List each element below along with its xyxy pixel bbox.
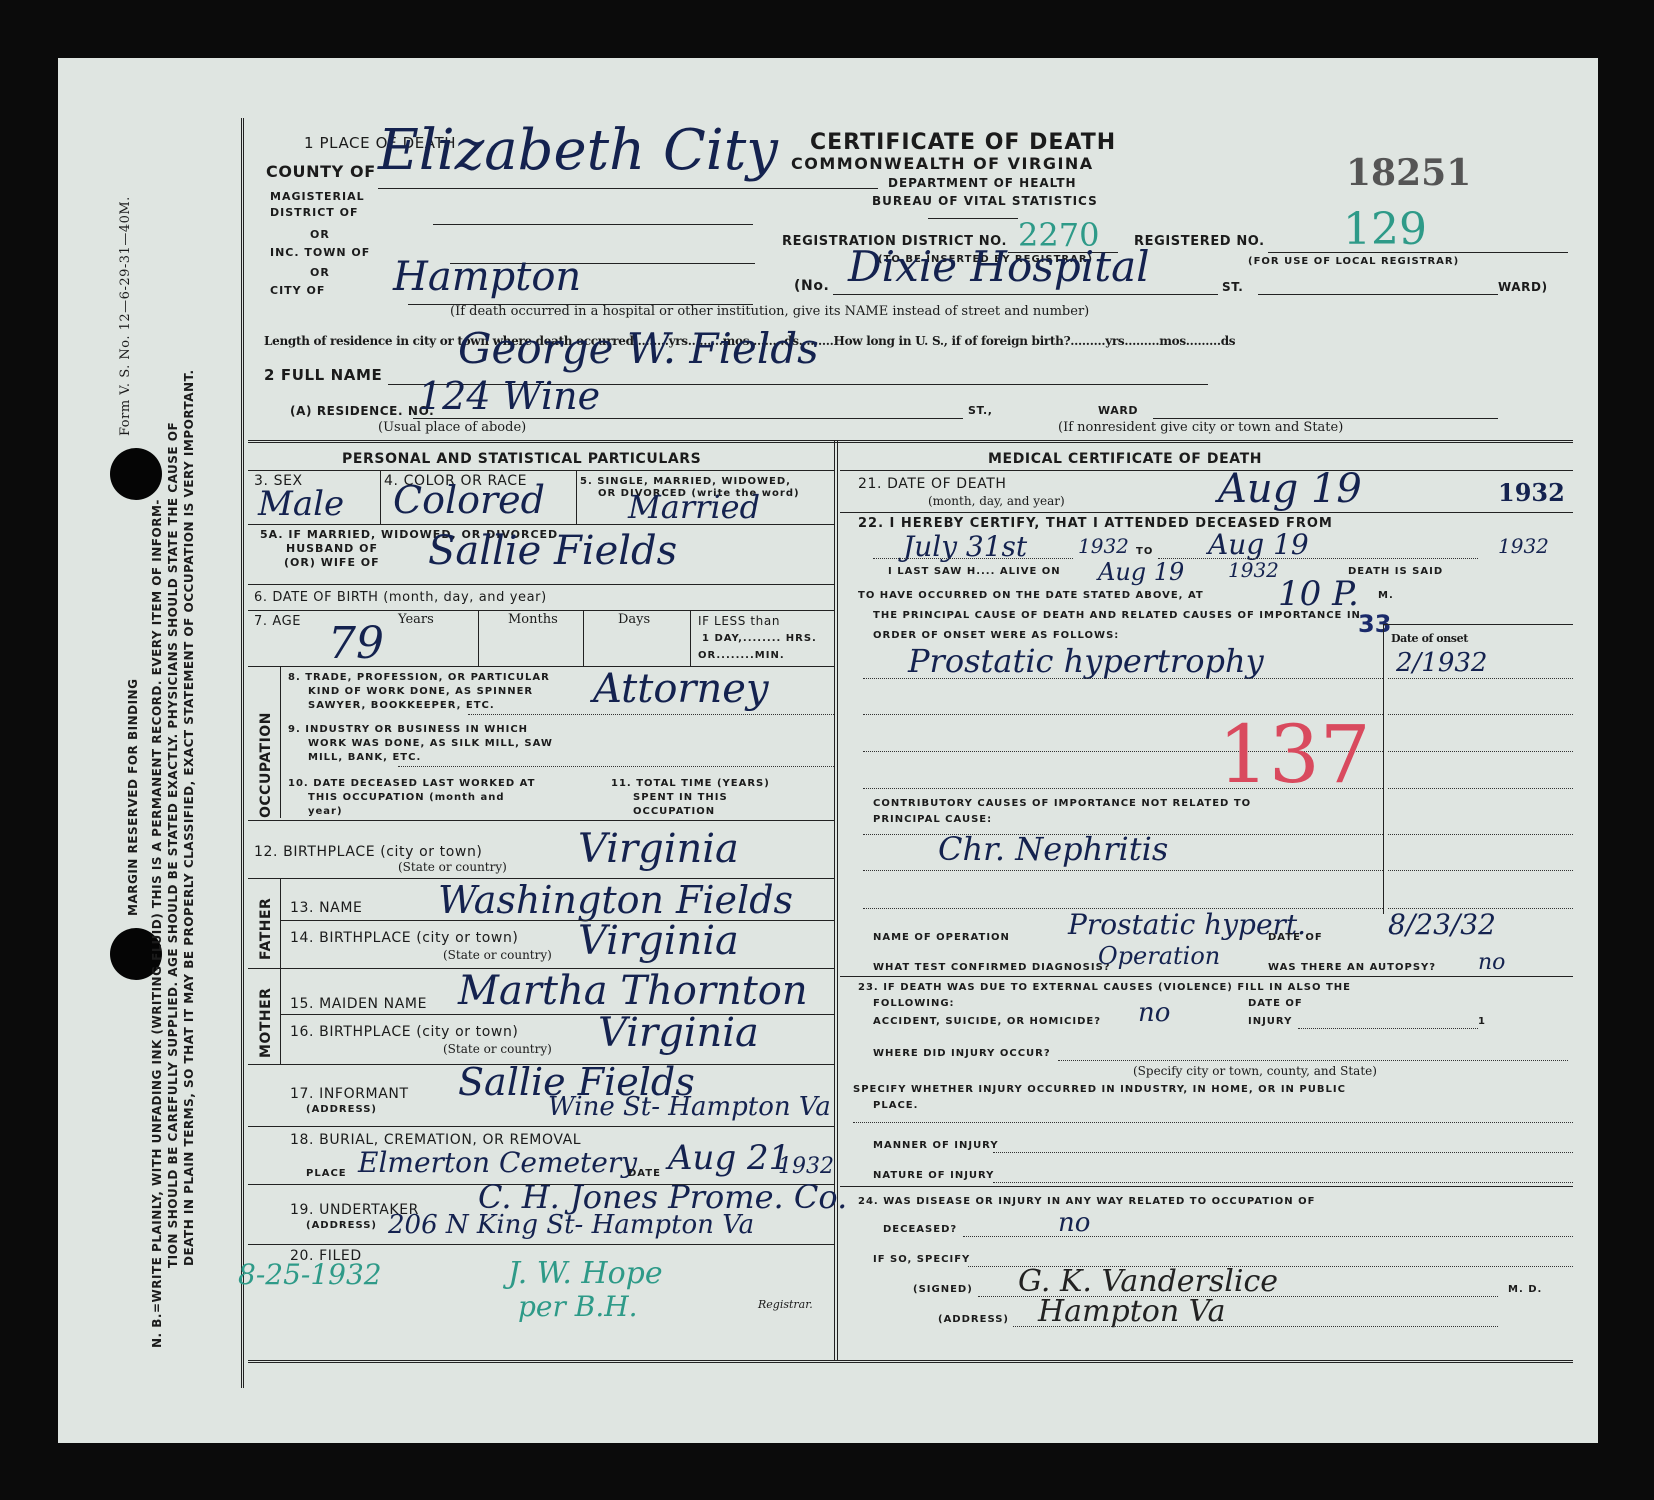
- occupation-related-label: 24. WAS DISEASE OR INJURY IN ANY WAY REL…: [858, 1196, 1316, 1207]
- md-label: M. D.: [1508, 1284, 1542, 1295]
- external-label-2: FOLLOWING:: [873, 998, 955, 1009]
- personal-heading: PERSONAL AND STATISTICAL PARTICULARS: [342, 451, 701, 467]
- specify-label-2: PLACE.: [873, 1100, 918, 1111]
- onset-label: Date of onset: [1391, 632, 1468, 645]
- less-than-label: IF LESS than: [698, 614, 780, 628]
- form-bottom-rule: [248, 1360, 1573, 1363]
- principal-label-2: ORDER OF ONSET WERE AS FOLLOWS:: [873, 630, 1119, 641]
- ward-line: [1258, 294, 1498, 295]
- informant-address-value[interactable]: Wine St- Hampton Va: [548, 1092, 831, 1122]
- deceased-value[interactable]: no: [1058, 1208, 1090, 1238]
- lastworked-label-1: 10. DATE DECEASED LAST WORKED AT: [288, 778, 535, 789]
- father-state-note: (State or country): [443, 948, 552, 962]
- header-rule: [928, 218, 1018, 219]
- if-so-label: IF SO, SPECIFY: [873, 1254, 970, 1265]
- magisterial-label: MAGISTERIAL: [270, 190, 365, 203]
- registered-label: REGISTERED NO.: [1134, 234, 1265, 249]
- occurred-label: TO HAVE OCCURRED ON THE DATE STATED ABOV…: [858, 590, 1204, 601]
- onset-value[interactable]: 2/1932: [1396, 648, 1487, 678]
- or-label-2: OR: [310, 266, 330, 279]
- county-label: COUNTY OF: [266, 162, 376, 181]
- certificate-title: CERTIFICATE OF DEATH: [810, 130, 1116, 155]
- where-note: (Specify city or town, county, and State…: [1133, 1064, 1377, 1078]
- last-saw-label: I LAST SAW H.... ALIVE ON: [888, 566, 1061, 577]
- physician-address-label: (ADDRESS): [938, 1314, 1009, 1325]
- last-saw-year[interactable]: 1932: [1228, 558, 1279, 582]
- trade-label-3: SAWYER, BOOKKEEPER, ETC.: [308, 700, 495, 711]
- principal-label-1: THE PRINCIPAL CAUSE OF DEATH AND RELATED…: [873, 610, 1361, 621]
- undertaker-address-value[interactable]: 206 N King St- Hampton Va: [388, 1210, 754, 1240]
- accident-value[interactable]: no: [1138, 998, 1170, 1028]
- registrar-label: Registrar.: [758, 1298, 813, 1311]
- burial-place-label: PLACE: [306, 1168, 347, 1179]
- department-label: DEPARTMENT OF HEALTH: [888, 176, 1077, 190]
- nature-label: NATURE OF INJURY: [873, 1170, 994, 1181]
- days-label: Days: [618, 612, 650, 627]
- residence-ward-label: WARD: [1098, 404, 1138, 417]
- residence-line: [413, 418, 963, 419]
- years-label: Years: [398, 612, 434, 627]
- margin-instructions-1: N. B.=WRITE PLAINLY, WITH UNFADING INK (…: [150, 499, 164, 1348]
- one-day-label: 1 DAY,........ HRS.: [702, 633, 817, 644]
- specify-label-1: SPECIFY WHETHER INJURY OCCURRED IN INDUS…: [853, 1084, 1346, 1095]
- injury-date-label: DATE OF: [1248, 998, 1303, 1009]
- attended-to-year[interactable]: 1932: [1498, 534, 1549, 558]
- marital-value[interactable]: Married: [628, 488, 760, 526]
- totaltime-label-2: SPENT IN THIS: [633, 792, 728, 803]
- test-label: WHAT TEST CONFIRMED DIAGNOSIS?: [873, 962, 1111, 973]
- contributory-value[interactable]: Chr. Nephritis: [938, 830, 1168, 868]
- dod-label: 21. DATE OF DEATH: [858, 476, 1007, 492]
- city-label: CITY OF: [270, 284, 325, 297]
- autopsy-value[interactable]: no: [1478, 950, 1505, 975]
- registered-value[interactable]: 129: [1343, 204, 1427, 255]
- residence-ward-line: [1153, 418, 1498, 419]
- commonwealth-title: COMMONWEALTH OF VIRGINA: [791, 154, 1094, 173]
- race-value[interactable]: Colored: [393, 478, 545, 522]
- external-label-1: 23. IF DEATH WAS DUE TO EXTERNAL CAUSES …: [858, 982, 1351, 993]
- physician-address-value[interactable]: Hampton Va: [1038, 1294, 1225, 1329]
- industry-label-1: 9. INDUSTRY OR BUSINESS IN WHICH: [288, 724, 528, 735]
- spouse-value[interactable]: Sallie Fields: [428, 528, 677, 574]
- filed-date-value[interactable]: 8-25-1932: [238, 1258, 382, 1291]
- mother-name-value[interactable]: Martha Thornton: [458, 968, 808, 1014]
- father-side-label: FATHER: [258, 898, 274, 960]
- occupation-side-label: OCCUPATION: [258, 712, 274, 818]
- industry-label-2: WORK WAS DONE, AS SILK MILL, SAW: [308, 738, 553, 749]
- age-value[interactable]: 79: [328, 618, 384, 669]
- lastworked-label-2: THIS OCCUPATION (month and: [308, 792, 505, 803]
- street-no-label: (No.: [794, 278, 829, 294]
- deceased-label: DECEASED?: [883, 1224, 957, 1235]
- birthplace-state-note: (State or country): [398, 860, 507, 874]
- to-label: TO: [1136, 546, 1153, 557]
- father-name-value[interactable]: Washington Fields: [438, 878, 793, 922]
- signed-label: (SIGNED): [913, 1284, 973, 1295]
- spouse-label-2: HUSBAND OF: [286, 542, 378, 555]
- section-divider: [834, 440, 838, 1360]
- registered-note: (FOR USE OF LOCAL REGISTRAR): [1248, 256, 1459, 267]
- hospital-value[interactable]: Dixie Hospital: [848, 242, 1150, 291]
- father-name-label: 13. NAME: [290, 900, 363, 916]
- or-min-label: OR........MIN.: [698, 650, 785, 661]
- dob-label: 6. DATE OF BIRTH (month, day, and year): [254, 590, 547, 605]
- medical-heading: MEDICAL CERTIFICATE OF DEATH: [988, 451, 1262, 467]
- form-number: Form V. S. No. 12—6-29-31—40M.: [118, 196, 133, 436]
- spouse-label-3: (OR) WIFE OF: [284, 556, 380, 569]
- test-value[interactable]: Operation: [1098, 942, 1220, 970]
- district-line: [433, 224, 753, 225]
- father-birthplace-label: 14. BIRTHPLACE (city or town): [290, 930, 519, 946]
- section-top-rule: [248, 440, 1573, 443]
- informant-label: 17. INFORMANT: [290, 1086, 409, 1102]
- operation-date-value[interactable]: 8/23/32: [1388, 908, 1496, 941]
- undertaker-address-label: (ADDRESS): [306, 1220, 377, 1231]
- abode-note: (Usual place of abode): [378, 420, 526, 435]
- father-birthplace-value[interactable]: Virginia: [578, 918, 739, 964]
- registrar-signature-per[interactable]: per B.H.: [518, 1290, 638, 1323]
- dod-sub-label: (month, day, and year): [928, 494, 1065, 508]
- city-value[interactable]: Hampton: [393, 254, 581, 300]
- last-saw-value[interactable]: Aug 19: [1098, 558, 1184, 586]
- ward-label: WARD): [1498, 280, 1548, 294]
- age-label: 7. AGE: [254, 614, 301, 629]
- margin-binding-note: MARGIN RESERVED FOR BINDING: [126, 679, 140, 916]
- st-label: ST.: [1222, 280, 1243, 294]
- where-label: WHERE DID INJURY OCCUR?: [873, 1048, 1051, 1059]
- time-value[interactable]: 10 P.: [1278, 574, 1359, 614]
- residence-st-label: ST.,: [968, 404, 993, 417]
- death-certificate: Form V. S. No. 12—6-29-31—40M. N. B.=WRI…: [58, 58, 1598, 1443]
- accident-label: ACCIDENT, SUICIDE, OR HOMICIDE?: [873, 1016, 1101, 1027]
- attended-from-year[interactable]: 1932: [1078, 534, 1129, 558]
- binding-hole-top: [110, 448, 162, 500]
- margin-instructions-2: TION SHOULD BE CAREFULLY SUPPLIED. AGE S…: [166, 422, 180, 1268]
- form-left-border: [241, 118, 244, 1388]
- operation-date-label: DATE OF: [1268, 932, 1323, 943]
- hospital-note: (If death occurred in a hospital or othe…: [450, 304, 1089, 319]
- margin-instructions-3: DEATH IN PLAIN TERMS, SO THAT IT MAY BE …: [182, 369, 196, 1266]
- county-value[interactable]: Elizabeth City: [378, 118, 778, 183]
- residence-label: (A) RESIDENCE. NO.: [290, 404, 434, 418]
- inc-town-label: INC. TOWN OF: [270, 246, 370, 259]
- county-line: [378, 188, 878, 189]
- registrar-signature[interactable]: J. W. Hope: [508, 1256, 663, 1291]
- m-label: M.: [1378, 590, 1394, 601]
- full-name-value[interactable]: George W. Fields: [458, 324, 819, 373]
- burial-year-value[interactable]: 1932: [778, 1154, 834, 1179]
- autopsy-label: WAS THERE AN AUTOPSY?: [1268, 962, 1436, 973]
- nonresident-note: (If nonresident give city or town and St…: [1058, 420, 1343, 435]
- birthplace-value[interactable]: Virginia: [578, 826, 739, 872]
- full-name-label: 2 FULL NAME: [264, 366, 382, 384]
- mother-name-label: 15. MAIDEN NAME: [290, 996, 427, 1012]
- totaltime-label-1: 11. TOTAL TIME (YEARS): [611, 778, 770, 789]
- death-said-label: DEATH IS SAID: [1348, 566, 1443, 577]
- trade-label-2: KIND OF WORK DONE, AS SPINNER: [308, 686, 533, 697]
- injury-year: 1: [1478, 1016, 1486, 1027]
- red-classification-code: 137: [1218, 708, 1371, 801]
- mother-state-note: (State or country): [443, 1042, 552, 1056]
- trade-value[interactable]: Attorney: [593, 666, 769, 712]
- birthplace-label: 12. BIRTHPLACE (city or town): [254, 844, 483, 860]
- attended-to-value[interactable]: Aug 19: [1208, 528, 1309, 561]
- mother-birthplace-value[interactable]: Virginia: [598, 1010, 759, 1056]
- months-label: Months: [508, 612, 558, 627]
- hospital-line: [833, 294, 1218, 295]
- cause-value[interactable]: Prostatic hypertrophy: [908, 642, 1264, 680]
- or-label-1: OR: [310, 228, 330, 241]
- bureau-label: BUREAU OF VITAL STATISTICS: [872, 194, 1098, 208]
- contributory-label-1: CONTRIBUTORY CAUSES OF IMPORTANCE NOT RE…: [873, 798, 1251, 809]
- injury-label: INJURY: [1248, 1016, 1292, 1027]
- mother-birthplace-label: 16. BIRTHPLACE (city or town): [290, 1024, 519, 1040]
- dod-year[interactable]: 1932: [1498, 478, 1565, 507]
- marital-label: 5. SINGLE, MARRIED, WIDOWED,: [580, 476, 791, 487]
- district-label: DISTRICT OF: [270, 206, 358, 219]
- contributory-label-2: PRINCIPAL CAUSE:: [873, 814, 992, 825]
- trade-label-1: 8. TRADE, PROFESSION, OR PARTICULAR: [288, 672, 550, 683]
- operation-label: NAME OF OPERATION: [873, 932, 1010, 943]
- residence-value[interactable]: 124 Wine: [418, 374, 600, 418]
- informant-address-label: (ADDRESS): [306, 1104, 377, 1115]
- dod-value[interactable]: Aug 19: [1218, 466, 1362, 512]
- lastworked-label-3: year): [308, 806, 343, 817]
- certificate-number: 18251: [1346, 152, 1471, 194]
- mother-side-label: MOTHER: [258, 988, 274, 1058]
- sex-value[interactable]: Male: [258, 484, 344, 524]
- industry-label-3: MILL, BANK, ETC.: [308, 752, 421, 763]
- manner-label: MANNER OF INJURY: [873, 1140, 999, 1151]
- burial-place-value[interactable]: Elmerton Cemetery: [358, 1146, 637, 1179]
- totaltime-label-3: OCCUPATION: [633, 806, 715, 817]
- burial-date-value[interactable]: Aug 21: [668, 1138, 790, 1178]
